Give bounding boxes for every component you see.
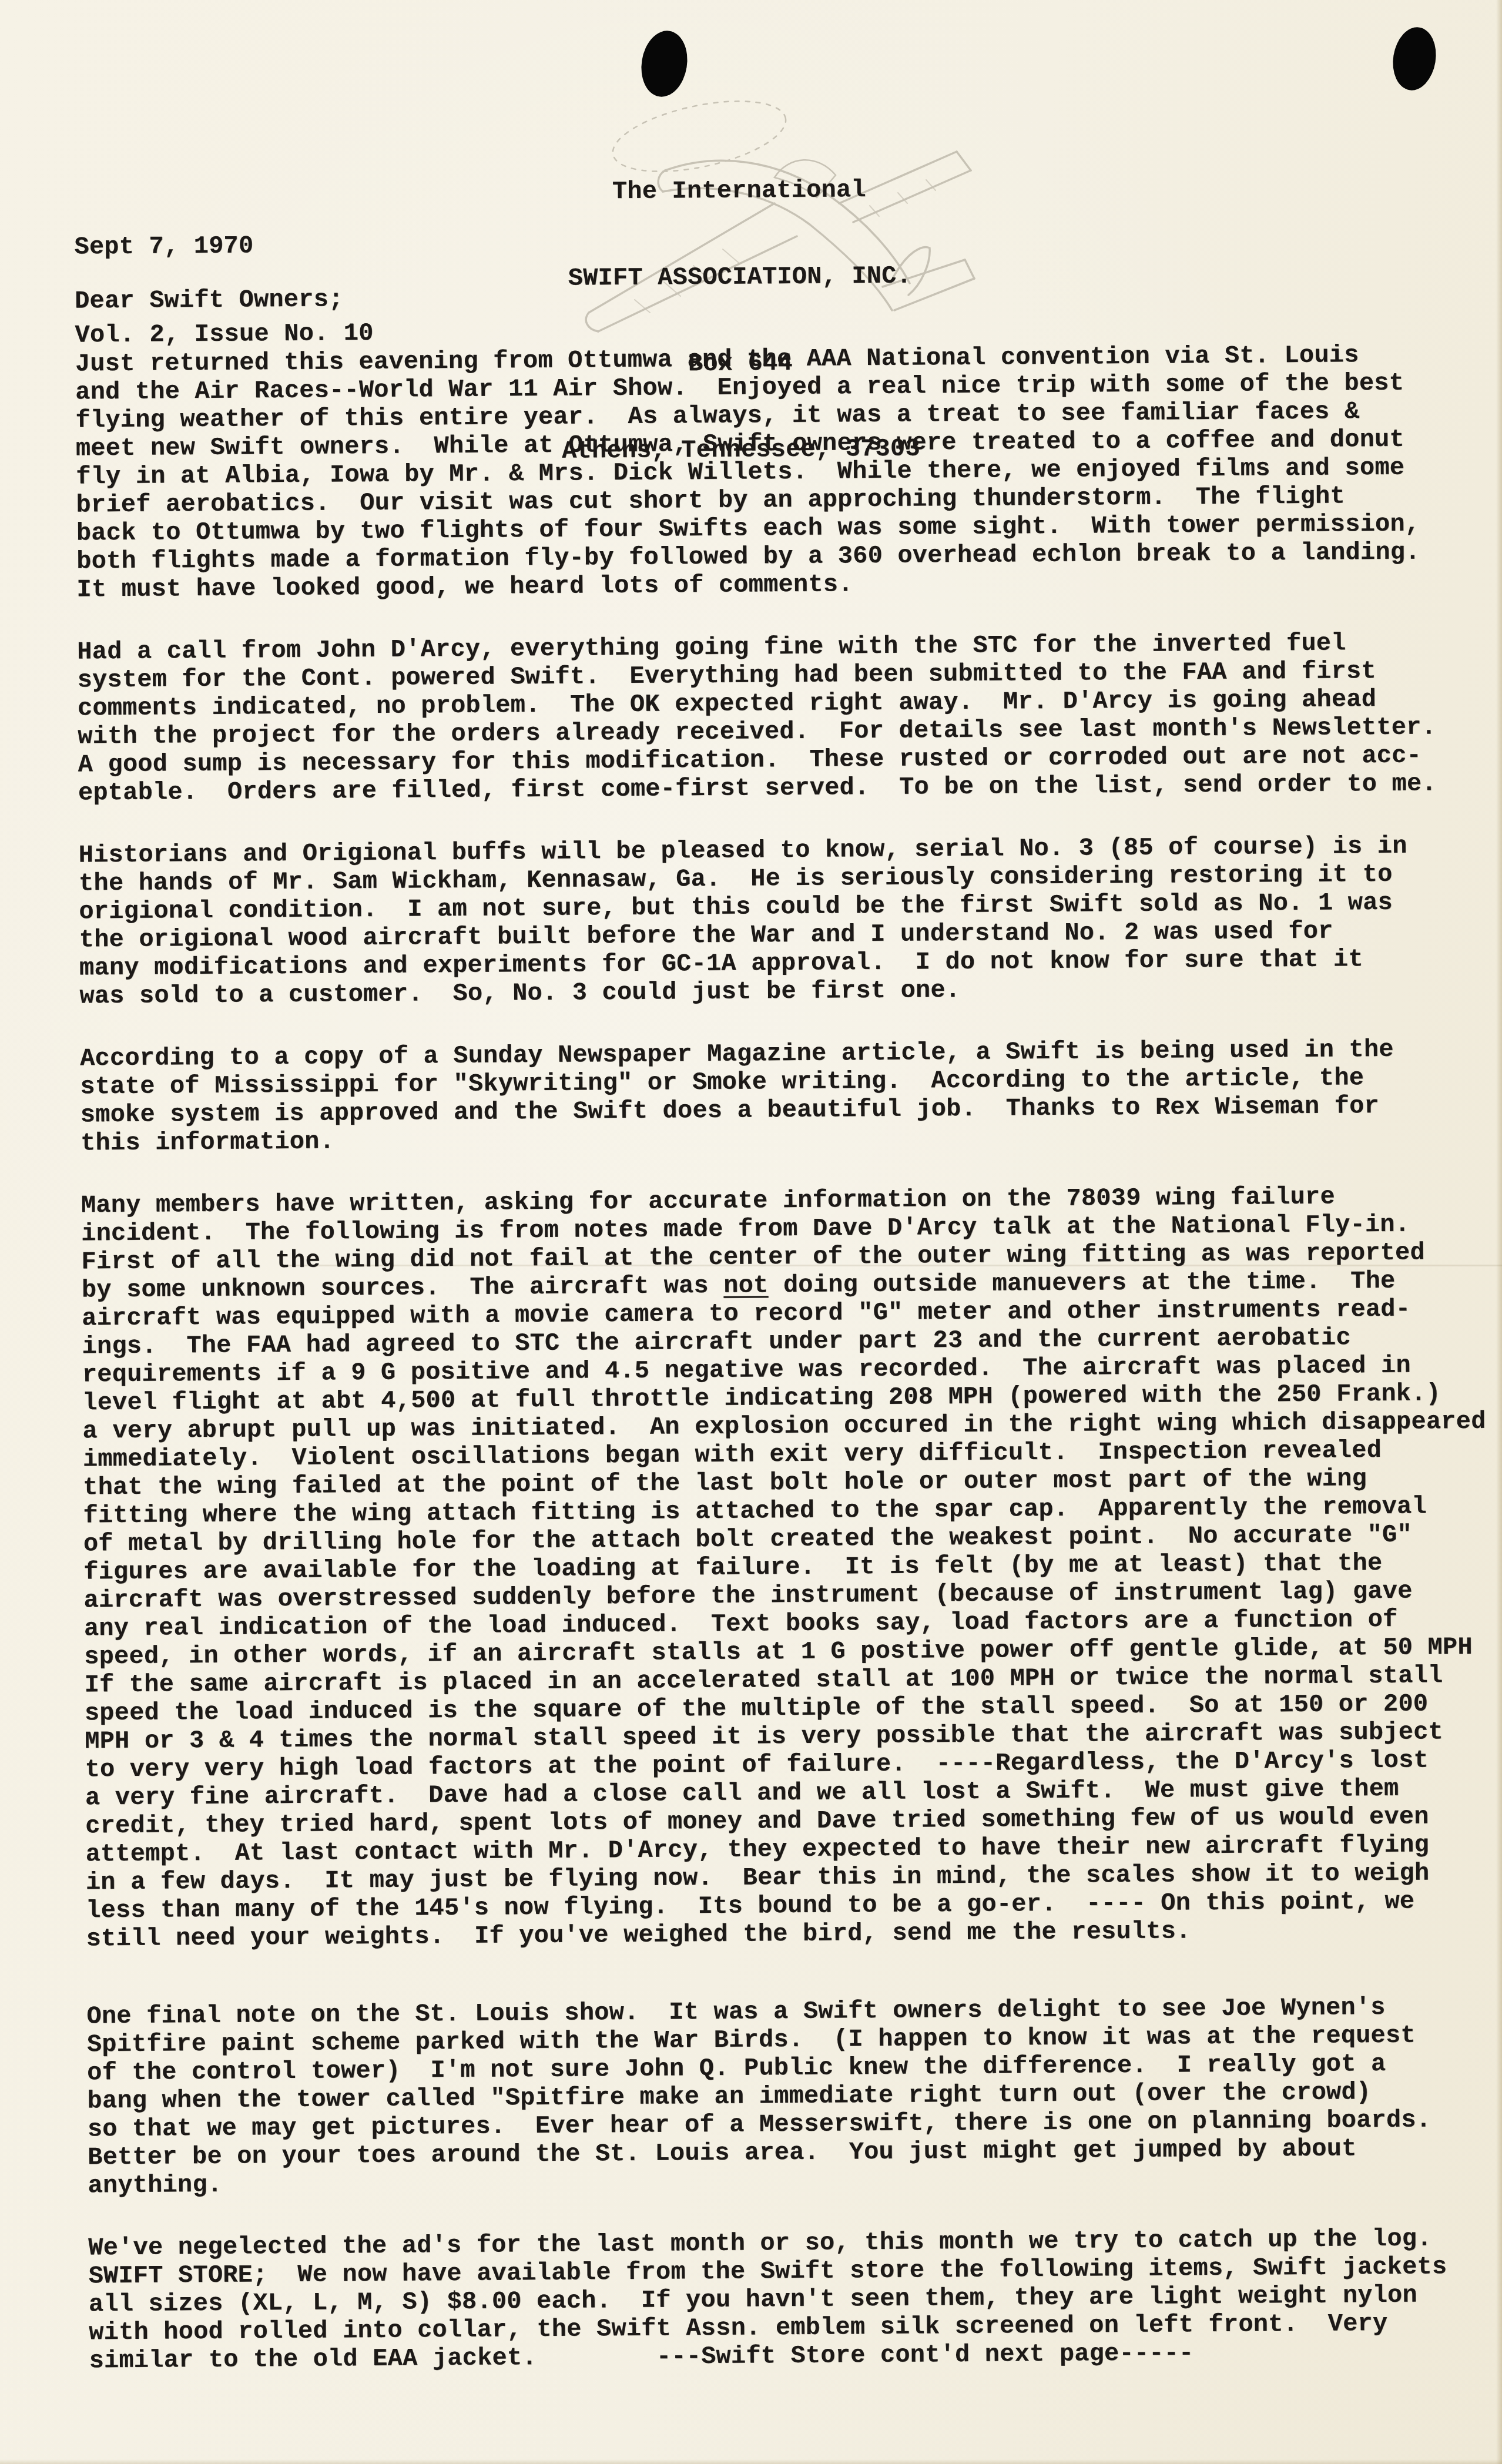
paragraph: We've negelected the ad's for the last m… xyxy=(88,2224,1502,2375)
paragraph: According to a copy of a Sunday Newspape… xyxy=(80,1035,1502,1158)
date-line: Sept 7, 1970 xyxy=(74,230,373,262)
salutation: Dear Swift Owners; xyxy=(75,285,344,315)
underlined-word: not xyxy=(723,1271,769,1300)
newsletter-page: Sept 7, 1970 Vol. 2, Issue No. 10 The In… xyxy=(0,0,1502,2464)
issue-line: Vol. 2, Issue No. 10 xyxy=(75,319,373,350)
masthead-org-line-1: The International xyxy=(557,175,921,206)
paragraph: Historians and Origional buffs will be p… xyxy=(79,832,1502,1011)
masthead-org-line-2: SWIFT ASSOCIATION, INC. xyxy=(558,262,922,293)
paragraph: One final note on the St. Louis show. It… xyxy=(86,1993,1502,2200)
paragraph: Just returned this eavening from Ottumwa… xyxy=(75,340,1499,604)
letter-body: Just returned this eavening from Ottumwa… xyxy=(75,340,1502,2409)
paragraph: Many members have written, asking for ac… xyxy=(81,1182,1502,1953)
scan-skew-wrapper: Sept 7, 1970 Vol. 2, Issue No. 10 The In… xyxy=(0,0,1502,2464)
paragraph: Had a call from John D'Arcy, everything … xyxy=(77,628,1500,807)
